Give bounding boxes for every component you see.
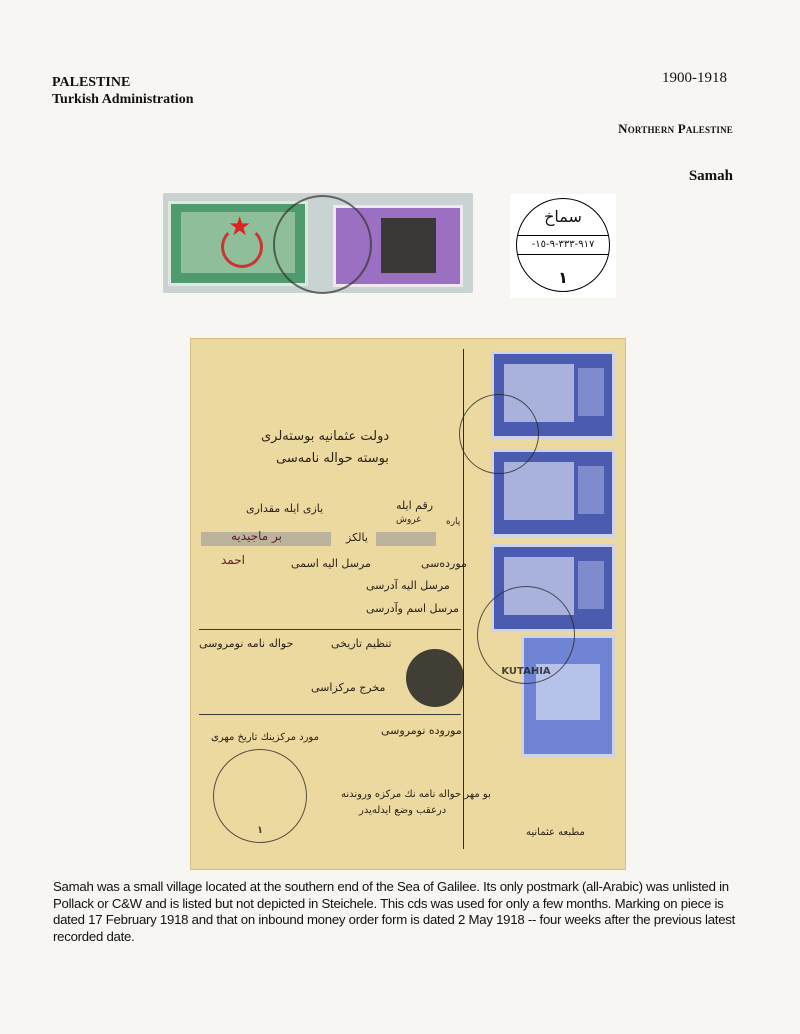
postmark-date-band: -٩١٧-٣٣٣-٩-١٥: [517, 235, 609, 255]
stamp-portrait: [578, 561, 604, 609]
amount-words-label: يازى ايله مقدارى: [246, 502, 323, 515]
kutahia-cancel-lower: KUTAHIA: [477, 586, 575, 684]
star-overprint-icon: ★: [228, 214, 251, 240]
para-label: پاره: [446, 517, 460, 527]
description-caption: Samah was a small village located at the…: [53, 879, 758, 945]
amount-figure-box: [376, 532, 436, 546]
footer-note-1: بو مهر حواله نامه نك مركزه وروندنه: [341, 789, 491, 800]
issuing-office-label: مخرج مركزاسى: [311, 681, 385, 694]
sender-name-label: مرسل اسم وآدرسى: [366, 602, 459, 615]
postmark-number: ١: [517, 268, 609, 287]
stamp-vignette: [381, 218, 436, 273]
form-rule-1: [199, 629, 461, 630]
stamp-portrait: [578, 368, 604, 416]
handwritten-amount: بر ماجيديه: [231, 529, 282, 543]
postmark-tracing: سماخ -٩١٧-٣٣٣-٩-١٥ ١: [510, 194, 616, 298]
yalniz-label: يالكز: [346, 531, 368, 544]
period-label: 1900-1918: [662, 70, 727, 87]
money-order-form: دولت عثمانيه بوستەلرى بوسته حواله نامەسى…: [190, 338, 626, 870]
region-label: Northern Palestine: [618, 121, 733, 137]
form-rule-2: [199, 714, 461, 715]
form-title-1: دولت عثمانيه بوستەلرى: [261, 429, 389, 444]
recipient-address-label: مرسل اليه آدرسى: [366, 579, 450, 592]
sender-label: موردەسى: [421, 557, 467, 570]
incoming-number-label: موروده نومروسى: [381, 724, 462, 737]
kurus-label: غروش: [396, 515, 421, 525]
amount-figures-label: رقم ايله: [396, 499, 433, 512]
page-header-left: PALESTINE Turkish Administration: [52, 74, 193, 108]
handwritten-recipient-name: احمد: [221, 553, 245, 567]
administration-subtitle: Turkish Administration: [52, 91, 193, 108]
stamp-piece: ★: [163, 193, 473, 293]
kutahia-cancel-upper: [459, 394, 539, 474]
town-label: Samah: [689, 168, 733, 185]
arrival-stamp-label: مورد مركزينك تاريخ مهرى: [211, 732, 319, 743]
postmark-circle: سماخ -٩١٧-٣٣٣-٩-١٥ ١: [516, 198, 610, 292]
office-seal: [406, 649, 464, 707]
samah-cancel-on-piece: [273, 195, 372, 294]
order-number-label: حواله نامه نومروسى: [199, 637, 293, 650]
recipient-name-label: مرسل اليه اسمى: [291, 557, 371, 570]
issue-date-label: تنظيم تاريخى: [331, 637, 392, 650]
samah-arrival-cancel: ١: [213, 749, 307, 843]
footer-note-2: درعقب وضع ايدلەيدر: [359, 805, 446, 816]
form-title-2: بوسته حواله نامەسى: [276, 451, 389, 466]
stamp-portrait: [578, 466, 604, 514]
printer-imprint: مطبعه عثمانيه: [526, 827, 585, 838]
country-title: PALESTINE: [52, 74, 193, 91]
postmark-town-name: سماخ: [517, 207, 609, 226]
